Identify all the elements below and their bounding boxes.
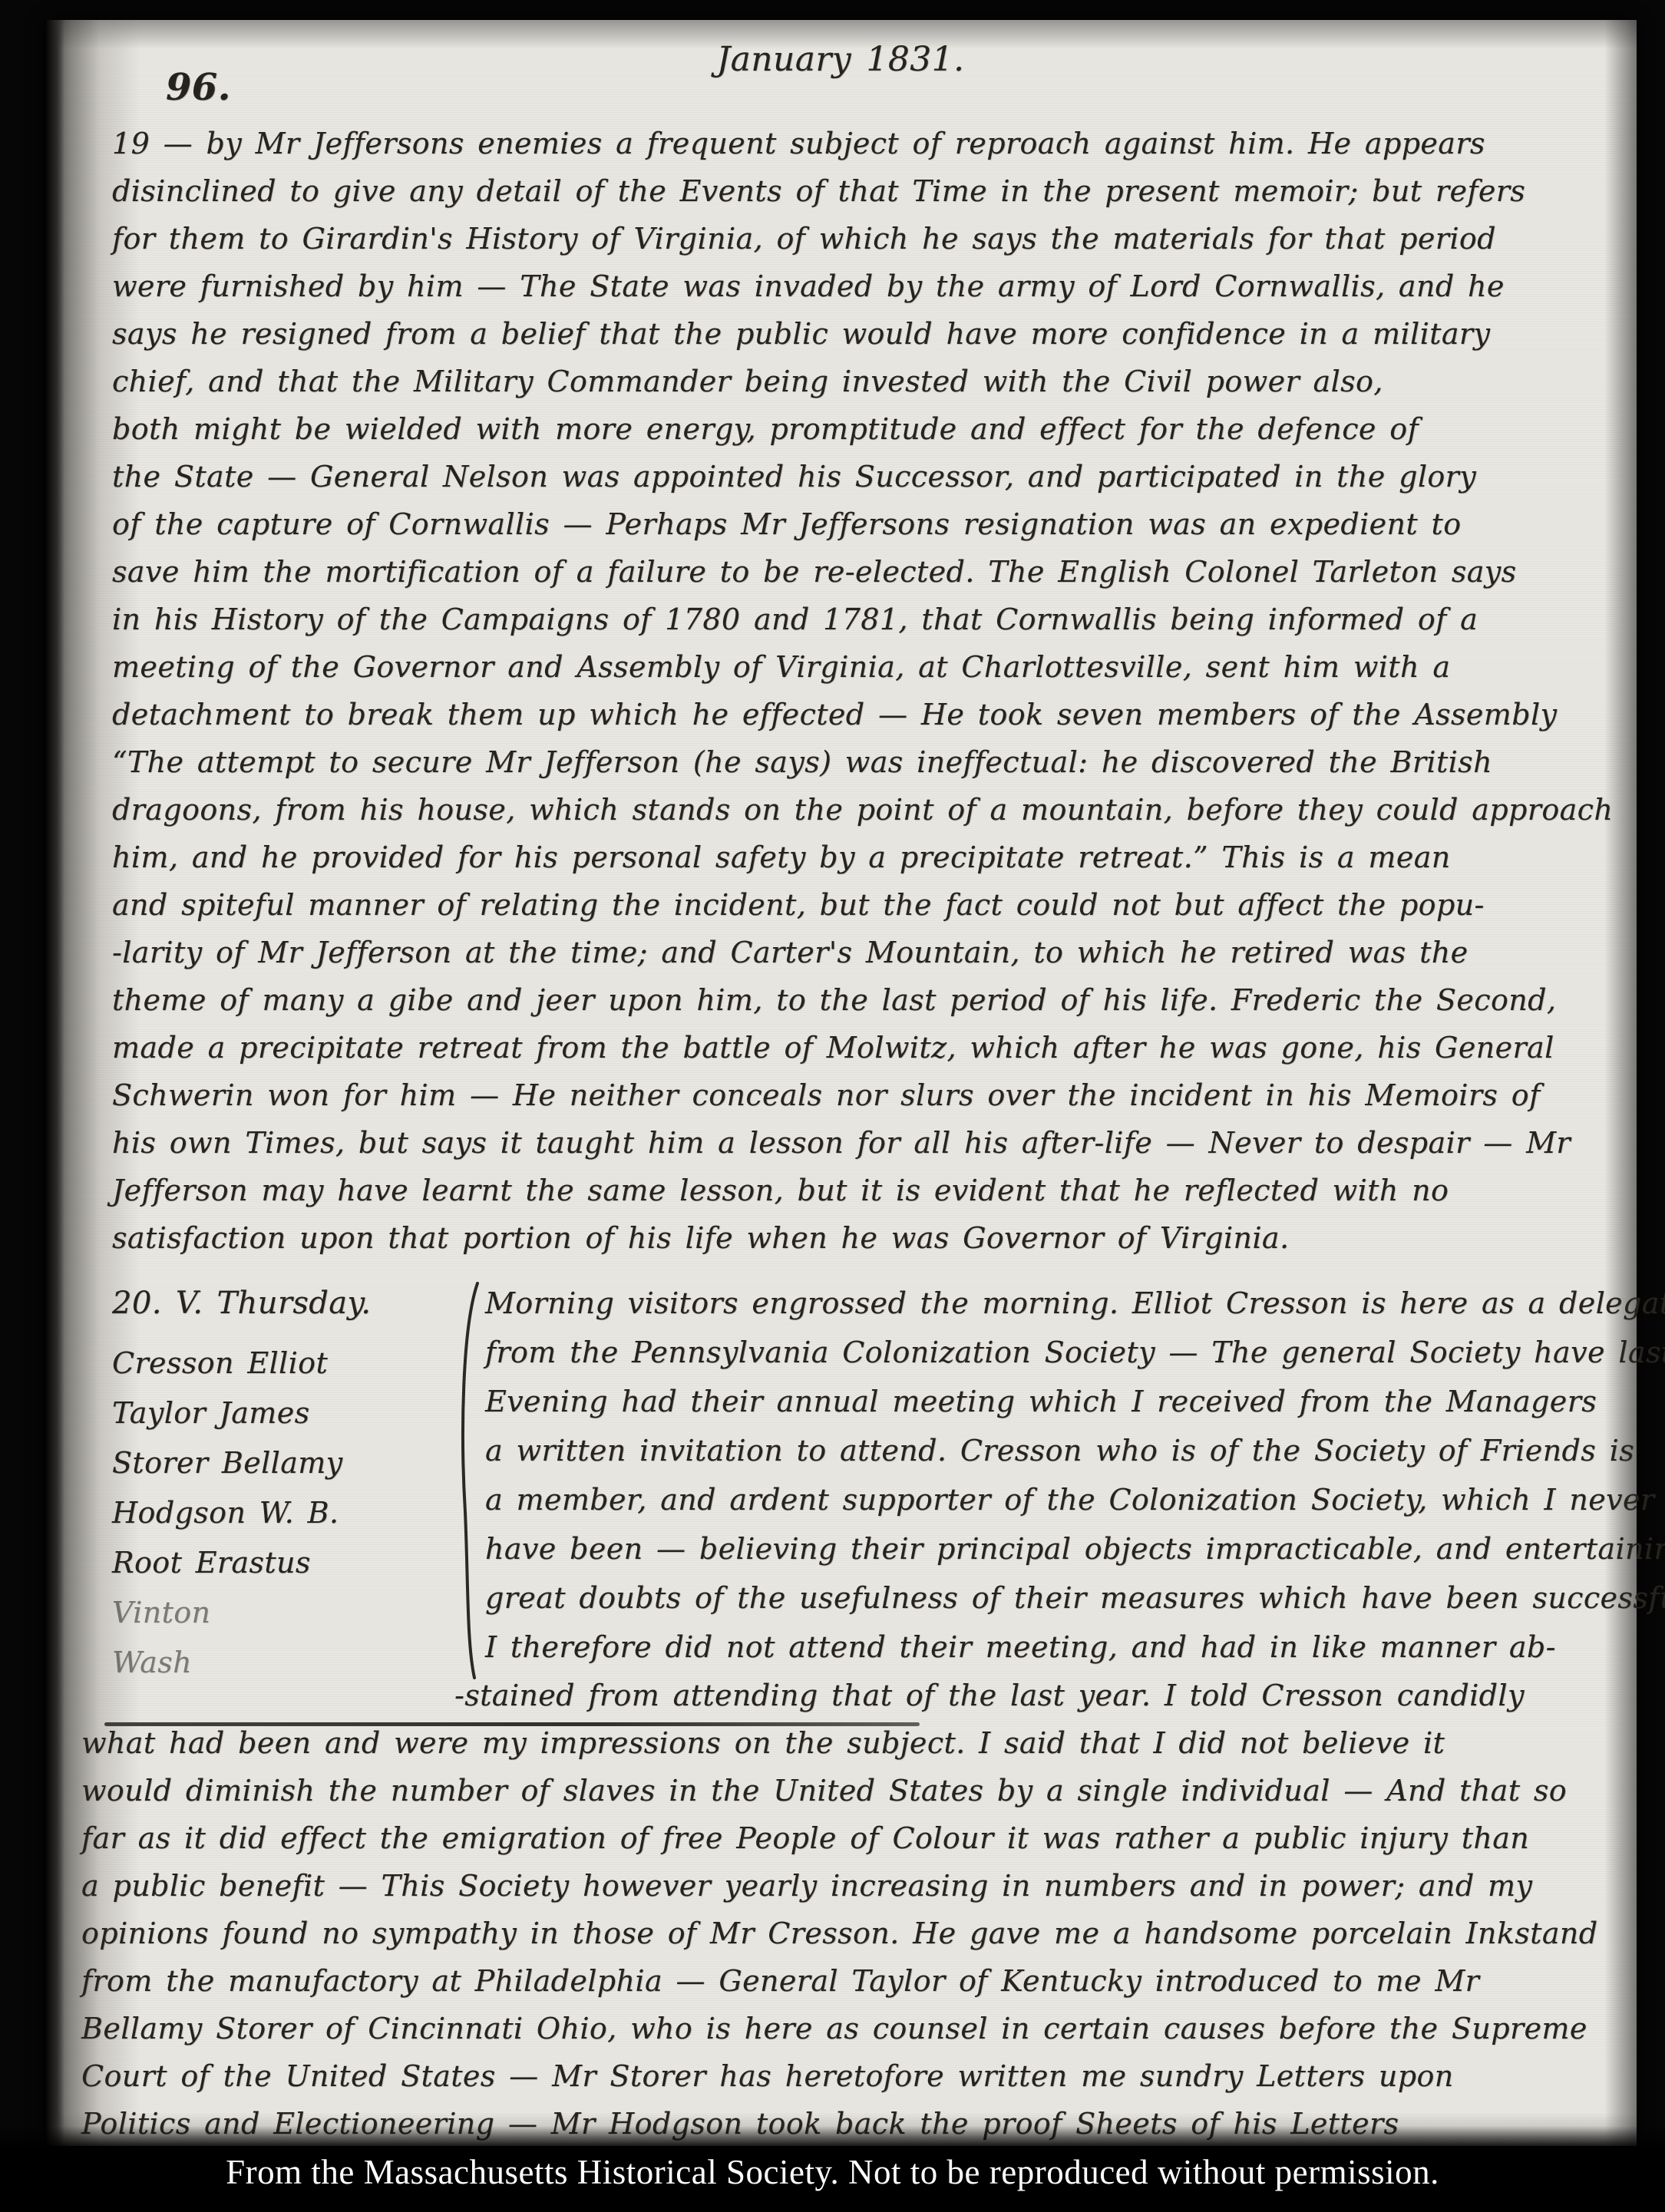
manuscript-line: satisfaction upon that portion of his li… [112,1214,1604,1262]
manuscript-line: detachment to break them up which he eff… [112,691,1604,738]
visitor-name: Storer Bellamy [112,1438,459,1488]
visitor-name: Taylor James [112,1388,459,1438]
manuscript-line: great doubts of the usefulness of their … [485,1573,1665,1623]
entry-brace [459,1279,485,1688]
manuscript-line: in his History of the Campaigns of 1780 … [112,596,1604,643]
manuscript-line: Court of the United States — Mr Storer h… [81,2052,1604,2100]
entry-20: 20. V. Thursday. Cresson Elliot Taylor J… [112,1279,1604,1688]
manuscript-line: his own Times, but says it taught him a … [112,1119,1604,1167]
entry-20-continuation: -stained from attending that of the last… [81,1672,1604,2148]
manuscript-line: Morning visitors engrossed the morning. … [485,1279,1665,1328]
manuscript-line: him, and he provided for his personal sa… [112,834,1604,881]
manuscript-line: of the capture of Cornwallis — Perhaps M… [112,500,1604,548]
manuscript-line: both might be wielded with more energy, … [112,405,1604,453]
manuscript-line: a member, and ardent supporter of the Co… [485,1475,1665,1524]
manuscript-line: made a precipitate retreat from the batt… [112,1024,1604,1071]
manuscript-line: what had been and were my impressions on… [81,1719,1604,1767]
manuscript-line: “The attempt to secure Mr Jefferson (he … [112,738,1604,786]
manuscript-line: were furnished by him — The State was in… [112,262,1604,310]
manuscript-page: 96. January 1831. 19 — by Mr Jeffersons … [45,20,1637,2148]
manuscript-line: would diminish the number of slaves in t… [81,1767,1604,1814]
visitor-name: Root Erastus [112,1538,459,1588]
caption-text: From the Massachusetts Historical Societ… [0,2152,1665,2192]
manuscript-line: Bellamy Storer of Cincinnati Ohio, who i… [81,2005,1604,2052]
manuscript-line: meeting of the Governor and Assembly of … [112,643,1604,691]
visitor-name: Vinton [112,1588,459,1638]
manuscript-line: the State — General Nelson was appointed… [112,453,1604,500]
entry-20-text: Morning visitors engrossed the morning. … [485,1279,1665,1688]
scanned-manuscript: 96. January 1831. 19 — by Mr Jeffersons … [0,0,1665,2212]
manuscript-line: from the manufactory at Philadelphia — G… [81,1957,1604,2005]
manuscript-line: have been — believing their principal ob… [485,1524,1665,1573]
manuscript-line: I therefore did not attend their meeting… [485,1623,1665,1672]
caption-band: From the Massachusetts Historical Societ… [0,2146,1665,2212]
manuscript-line: far as it did effect the emigration of f… [81,1814,1604,1862]
manuscript-line: theme of many a gibe and jeer upon him, … [112,976,1604,1024]
entry-20-margin: 20. V. Thursday. Cresson Elliot Taylor J… [112,1279,459,1688]
visitor-name: Hodgson W. B. [112,1488,459,1538]
manuscript-line: dragoons, from his house, which stands o… [112,786,1604,834]
manuscript-line: Schwerin won for him — He neither concea… [112,1071,1604,1119]
manuscript-line: chief, and that the Military Commander b… [112,358,1604,405]
manuscript-line: opinions found no sympathy in those of M… [81,1910,1604,1957]
manuscript-line: Evening had their annual meeting which I… [485,1377,1665,1426]
header-date: January 1831. [45,40,1637,79]
manuscript-line: says he resigned from a belief that the … [112,310,1604,358]
book-spine-shadow [45,20,64,2148]
manuscript-line: a written invitation to attend. Cresson … [485,1426,1665,1475]
visitor-name: Cresson Elliot [112,1339,459,1388]
manuscript-line: 19 — by Mr Jeffersons enemies a frequent… [112,120,1604,167]
entry-20-date-heading: 20. V. Thursday. [112,1279,459,1328]
manuscript-line: -larity of Mr Jefferson at the time; and… [112,929,1604,976]
manuscript-line: and spiteful manner of relating the inci… [112,881,1604,929]
visitor-name-list: Cresson Elliot Taylor James Storer Bella… [112,1339,459,1688]
manuscript-line: for them to Girardin's History of Virgin… [112,215,1604,262]
manuscript-line: a public benefit — This Society however … [81,1862,1604,1910]
entry-19: 19 — by Mr Jeffersons enemies a frequent… [112,120,1604,1262]
manuscript-line: Jefferson may have learnt the same lesso… [112,1167,1604,1214]
manuscript-line: -stained from attending that of the last… [81,1672,1604,1719]
manuscript-line: from the Pennsylvania Colonization Socie… [485,1328,1665,1377]
manuscript-line: disinclined to give any detail of the Ev… [112,167,1604,215]
manuscript-line: save him the mortification of a failure … [112,548,1604,596]
